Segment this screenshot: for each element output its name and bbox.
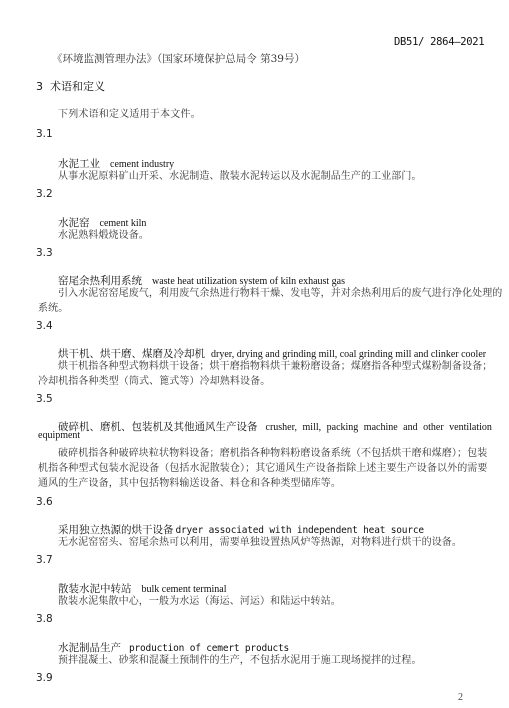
term-number: 3.7 — [36, 554, 53, 566]
term-definition: 预拌混凝土、砂浆和混凝土预制件的生产，不包括水泥用于施工现场搅拌的过程。 — [58, 651, 422, 666]
term-definition-cont: 系统。 — [38, 299, 68, 314]
term-number: 3.5 — [36, 393, 53, 405]
term-en: crusher, mill, packing machine and other… — [266, 422, 492, 433]
page-number: 2 — [458, 692, 463, 703]
term-definition: 散装水泥集散中心，一般为水运（海运、河运）和陆运中转站。 — [58, 592, 341, 607]
term-definition-cont: 机指各种型式包装水泥设备（包括水泥散装仓）；其它通风生产设备指除上述主要生产设备… — [38, 459, 488, 474]
term-definition-cont: 通风的生产设备，其中包括物料输送设备、料仓和各种类型储库等。 — [38, 474, 341, 489]
section-intro: 下列术语和定义适用于本文件。 — [58, 105, 201, 120]
term-zh: 破碎机、磨机、包装机及其他通风生产设备 — [58, 421, 258, 433]
term-number: 3.8 — [36, 613, 53, 625]
term-number: 3.3 — [36, 247, 53, 259]
term-title: 破碎机、磨机、包装机及其他通风生产设备crusher, mill, packin… — [58, 415, 492, 434]
term-definition: 水泥熟料煅烧设备。 — [58, 226, 149, 241]
term-definition: 无水泥窑窑头、窑尾余热可以利用，需要单独设置热风炉等热源，对物料进行烘干的设备。 — [58, 533, 462, 548]
term-definition: 从事水泥原料矿山开采、水泥制造、散装水泥转运以及水泥制品生产的工业部门。 — [58, 167, 422, 182]
term-number: 3.2 — [36, 188, 53, 200]
term-definition: 烘干机指各种型式物料烘干设备；烘干磨指物料烘干兼粉磨设备；煤磨指各种型式煤粉制备… — [58, 357, 492, 372]
term-number: 3.9 — [36, 672, 53, 684]
term-en-cont: equipment — [38, 430, 80, 441]
section-heading: 3 术语和定义 — [36, 78, 105, 94]
term-number: 3.6 — [36, 496, 53, 508]
section-title: 术语和定义 — [50, 80, 105, 93]
section-number: 3 — [36, 80, 43, 93]
term-definition: 破碎机指各种破碎块粒状物料设备；磨机指各种物料粉磨设备系统（不包括烘干磨和煤磨）… — [58, 444, 487, 459]
term-number: 3.4 — [36, 320, 53, 332]
term-number: 3.1 — [36, 128, 53, 140]
term-definition-cont: 冷却机指各种类型（筒式、篦式等）冷却熟料设备。 — [38, 372, 270, 387]
document-id: DB51/ 2864—2021 — [394, 36, 484, 48]
reference-line: 《环境监测管理办法》（国家环境保护总局令 第39号） — [52, 51, 305, 66]
term-definition: 引入水泥窑窑尾废气，利用废气余热进行物料干燥、发电等，并对余热利用后的废气进行净… — [58, 284, 502, 299]
